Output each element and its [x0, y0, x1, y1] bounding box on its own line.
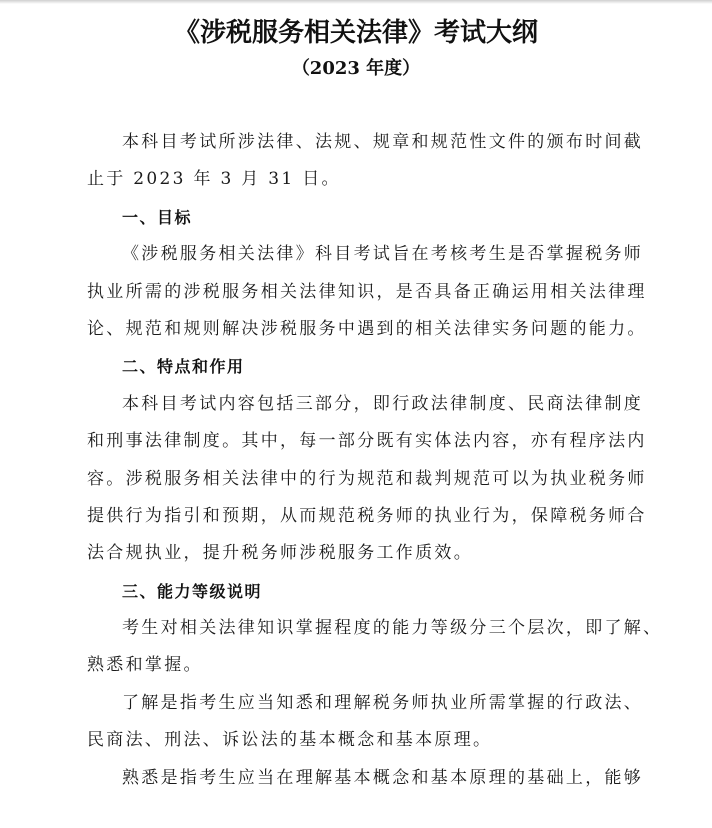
- intro-paragraph: 本科目考试所涉法律、法规、规章和规范性文件的颁布时间截 止于 2023 年 3 …: [87, 124, 615, 199]
- section-paragraph: 熟悉是指考生应当在理解基本概念和基本原理的基础上，能够: [87, 760, 615, 797]
- text-line: 熟悉是指考生应当在理解基本概念和基本原理的基础上，能够: [87, 760, 615, 797]
- text-line: 论、规范和规则解决涉税服务中遇到的相关法律实务问题的能力。: [87, 311, 615, 348]
- text-line: 和刑事法律制度。其中，每一部分既有实体法内容，亦有程序法内: [87, 423, 615, 460]
- text-line: 了解是指考生应当知悉和理解税务师执业所需掌握的行政法、: [87, 685, 615, 722]
- text-line: 本科目考试所涉法律、法规、规章和规范性文件的颁布时间截: [87, 124, 615, 161]
- section-paragraph: 本科目考试内容包括三部分，即行政法律制度、民商法律制度 和刑事法律制度。其中，每…: [87, 386, 615, 573]
- text-line: 民商法、刑法、诉讼法的基本概念和基本原理。: [87, 722, 615, 759]
- text-line: 熟悉和掌握。: [87, 647, 615, 684]
- text-line: 《涉税服务相关法律》科目考试旨在考核考生是否掌握税务师: [87, 236, 615, 273]
- section-heading-features: 二、特点和作用: [87, 348, 615, 385]
- text-line: 本科目考试内容包括三部分，即行政法律制度、民商法律制度: [87, 386, 615, 423]
- document-page: 《涉税服务相关法律》考试大纲 （2023 年度） 本科目考试所涉法律、法规、规章…: [0, 0, 712, 828]
- text-line: 法合规执业，提升税务师涉税服务工作质效。: [87, 535, 615, 572]
- section-heading-goal: 一、目标: [87, 199, 615, 236]
- document-body: 本科目考试所涉法律、法规、规章和规范性文件的颁布时间截 止于 2023 年 3 …: [87, 124, 615, 797]
- section-paragraph: 了解是指考生应当知悉和理解税务师执业所需掌握的行政法、 民商法、刑法、诉讼法的基…: [87, 685, 615, 760]
- document-title: 《涉税服务相关法律》考试大纲: [0, 12, 712, 49]
- section-paragraph: 考生对相关法律知识掌握程度的能力等级分三个层次，即了解、 熟悉和掌握。: [87, 610, 615, 685]
- section-paragraph: 《涉税服务相关法律》科目考试旨在考核考生是否掌握税务师 执业所需的涉税服务相关法…: [87, 236, 615, 348]
- section-heading-ability-levels: 三、能力等级说明: [87, 573, 615, 610]
- text-line: 执业所需的涉税服务相关法律知识，是否具备正确运用相关法律理: [87, 274, 615, 311]
- text-line: 考生对相关法律知识掌握程度的能力等级分三个层次，即了解、: [87, 610, 615, 647]
- text-line: 止于 2023 年 3 月 31 日。: [87, 161, 615, 198]
- text-line: 提供行为指引和预期，从而规范税务师的执业行为，保障税务师合: [87, 498, 615, 535]
- document-subtitle: （2023 年度）: [0, 54, 712, 80]
- text-line: 容。涉税服务相关法律中的行为规范和裁判规范可以为执业税务师: [87, 461, 615, 498]
